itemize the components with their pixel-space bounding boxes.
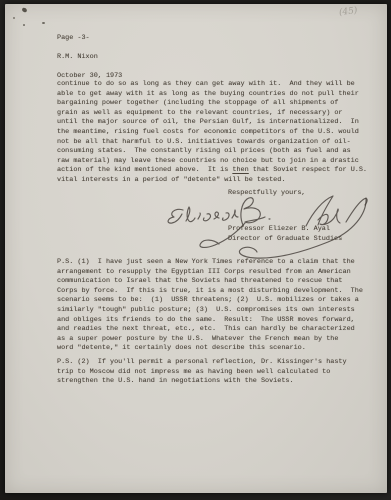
- addressee: R.M. Nixon: [57, 53, 98, 61]
- underlined-word: then: [232, 166, 248, 174]
- signature-stroke-b: [241, 198, 270, 225]
- paper-speck: [42, 22, 45, 24]
- body-paragraph: continue to do so as long as they can ge…: [57, 80, 367, 186]
- body-text-before-underline: continue to do so as long as they can ge…: [57, 80, 359, 174]
- paper-speck: [23, 24, 25, 26]
- photo-background: (45) Page -3- R.M. Nixon October 30, 197…: [0, 0, 391, 500]
- paper-speck: [21, 7, 27, 13]
- signer-name: Professor Eliezer B. Ayal: [228, 225, 330, 235]
- letter-page: (45) Page -3- R.M. Nixon October 30, 197…: [5, 4, 387, 493]
- postscript-2: P.S. (2) If you'll permit a personal ref…: [57, 358, 347, 387]
- signature-stroke-eliezer: [168, 207, 238, 223]
- page-number: Page -3-: [57, 34, 90, 42]
- postscript-1: P.S. (1) I have just seen a New York Tim…: [57, 258, 363, 354]
- letter-heading: Page -3- R.M. Nixon October 30, 1973: [57, 34, 122, 82]
- signer-title: Director of Graduate Studies: [228, 235, 342, 245]
- pencil-annotation: (45): [338, 6, 358, 18]
- paper-speck: [13, 17, 15, 19]
